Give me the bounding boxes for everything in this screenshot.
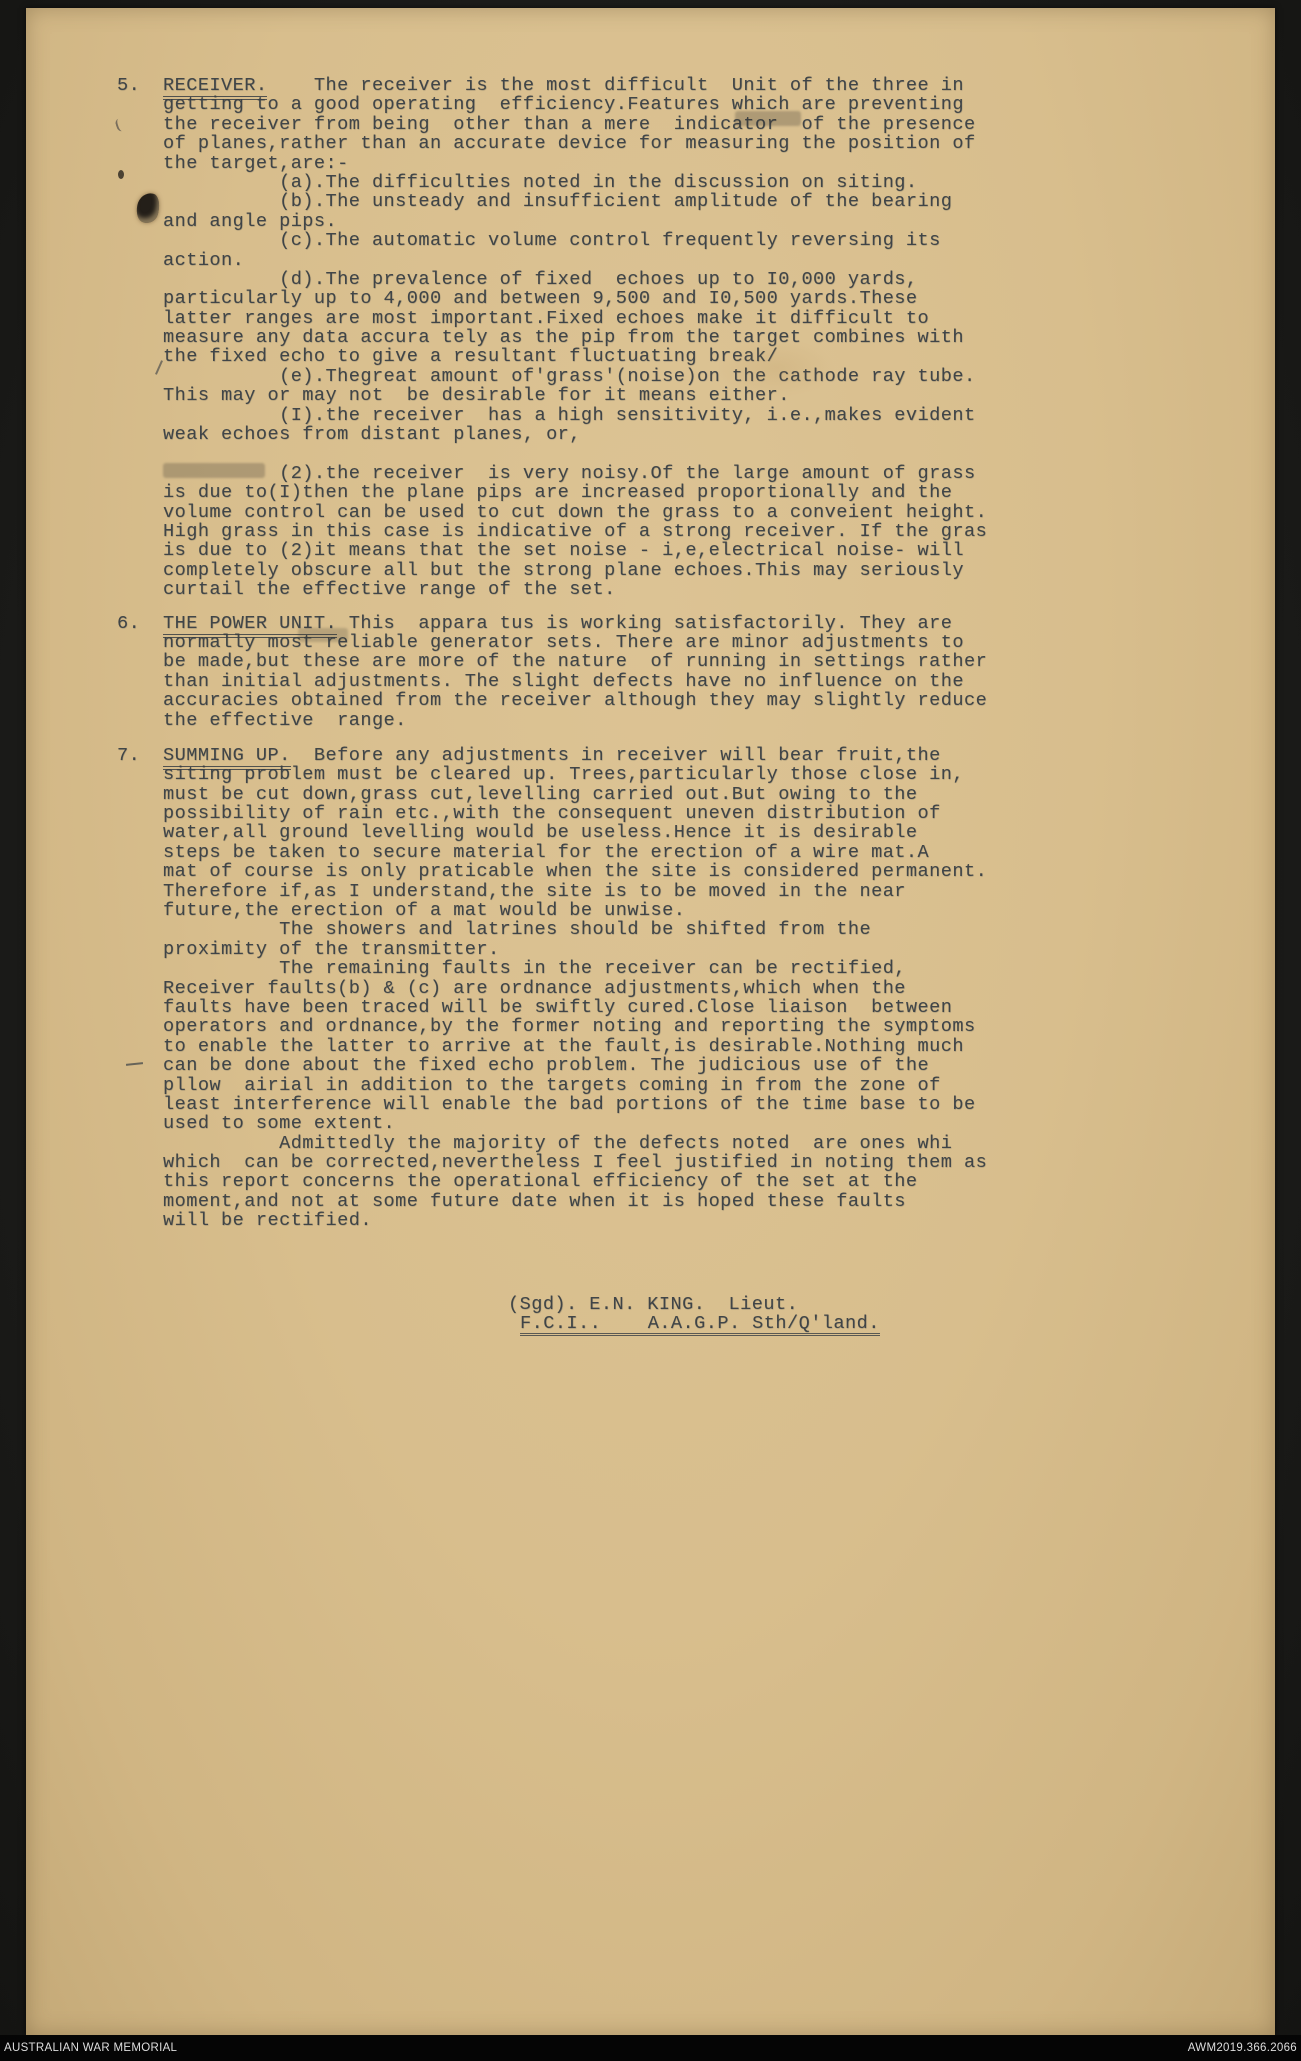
text-line: particularly up to 4,000 and between 9,5… [163, 289, 1023, 308]
pencil-mark [114, 117, 128, 133]
footer-institution-label: AUSTRALIAN WAR MEMORIAL [4, 2042, 177, 2054]
section-body: getting to a good operating efficiency.F… [163, 95, 1023, 599]
text-line: future,the erection of a mat would be un… [163, 901, 1023, 920]
text-line: this report concerns the operational eff… [163, 1172, 1023, 1191]
text-line: used to some extent. [163, 1114, 1023, 1133]
text-line: than initial adjustments. The slight def… [163, 672, 1023, 691]
text-line: pllow airial in addition to the targets … [163, 1076, 1023, 1095]
text-line: High grass in this case is indicative of… [163, 522, 1023, 541]
text-line: mat of course is only praticable when th… [163, 862, 1023, 881]
text-line: and angle pips. [163, 212, 1023, 231]
text-line: water,all ground levelling would be usel… [163, 823, 1023, 842]
section-number: 5. [117, 76, 140, 95]
section-first-line: 7.SUMMING UP. Before any adjustments in … [163, 746, 1023, 765]
text-line: volume control can be used to cut down t… [163, 503, 1023, 522]
paper-tear-hole [134, 191, 162, 225]
stray-slash-mark [155, 360, 163, 375]
text-line [163, 444, 1023, 463]
text-line: action. [163, 251, 1023, 270]
signature-block: (Sgd). E.N. KING. Lieut. F.C.I.. A.A.G.P… [163, 1295, 1023, 1334]
section-body: normally most reliable generator sets. T… [163, 633, 1023, 730]
section-first-line-text: Before any adjustments in receiver will … [291, 745, 941, 766]
text-line: steps be taken to secure material for th… [163, 843, 1023, 862]
text-line: (I).the receiver has a high sensitivity,… [163, 406, 1023, 425]
text-line: curtail the effective range of the set. [163, 580, 1023, 599]
text-line: be made,but these are more of the nature… [163, 652, 1023, 671]
text-line: (b).The unsteady and insufficient amplit… [163, 192, 1023, 211]
text-line: can be done about the fixed echo problem… [163, 1056, 1023, 1075]
text-line: proximity of the transmitter. [163, 940, 1023, 959]
text-line: (c).The automatic volume control frequen… [163, 231, 1023, 250]
text-line: is due to (2)it means that the set noise… [163, 541, 1023, 560]
text-line: of planes,rather than an accurate device… [163, 134, 1023, 153]
page-content: 5.RECEIVER. The receiver is the most dif… [163, 76, 1023, 1333]
text-line: latter ranges are most important.Fixed e… [163, 309, 1023, 328]
section-first-line-text: The receiver is the most difficult Unit … [267, 75, 963, 96]
footer-accession-number: AWM2019.366.2066 [1188, 2042, 1297, 2054]
text-line: which can be corrected,nevertheless I fe… [163, 1153, 1023, 1172]
text-line: moment,and not at some future date when … [163, 1192, 1023, 1211]
text-line: The remaining faults in the receiver can… [163, 959, 1023, 978]
text-line: normally most reliable generator sets. T… [163, 633, 1023, 652]
archive-footer-bar: AUSTRALIAN WAR MEMORIAL AWM2019.366.2066 [0, 2035, 1301, 2061]
section-number: 7. [117, 746, 140, 765]
section-power-unit: 6.THE POWER UNIT. This appara tus is wor… [163, 614, 1023, 730]
text-line: Therefore if,as I understand,the site is… [163, 882, 1023, 901]
section-summing-up: 7.SUMMING UP. Before any adjustments in … [163, 746, 1023, 1231]
text-line: the target,are:- [163, 154, 1023, 173]
text-line: Receiver faults(b) & (c) are ordnance ad… [163, 979, 1023, 998]
signature-line-1: (Sgd). E.N. KING. Lieut. [508, 1295, 1023, 1314]
text-line: (e).Thegreat amount of'grass'(noise)on t… [163, 367, 1023, 386]
text-line: (a).The difficulties noted in the discus… [163, 173, 1023, 192]
text-line: the receiver from being other than a mer… [163, 115, 1023, 134]
text-line: least interference will enable the bad p… [163, 1095, 1023, 1114]
text-line: measure any data accura tely as the pip … [163, 328, 1023, 347]
text-line: Admittedly the majority of the defects n… [163, 1134, 1023, 1153]
text-line: (d).The prevalence of fixed echoes up to… [163, 270, 1023, 289]
text-line: This may or may not be desirable for it … [163, 386, 1023, 405]
section-number: 6. [117, 614, 140, 633]
signature-line-2: F.C.I.. A.A.G.P. Sth/Q'land. [520, 1314, 880, 1336]
text-line: operators and ordnance,by the former not… [163, 1017, 1023, 1036]
text-line: the effective range. [163, 711, 1023, 730]
text-line: accuracies obtained from the receiver al… [163, 691, 1023, 710]
text-line: (2).the receiver is very noisy.Of the la… [163, 464, 1023, 483]
section-body: siting problem must be cleared up. Trees… [163, 765, 1023, 1230]
text-line: must be cut down,grass cut,levelling car… [163, 785, 1023, 804]
margin-dash-mark [126, 1062, 143, 1066]
text-line: the fixed echo to give a resultant fluct… [163, 347, 1023, 366]
text-line: completely obscure all but the strong pl… [163, 561, 1023, 580]
text-line: faults have been traced will be swiftly … [163, 998, 1023, 1017]
section-first-line: 5.RECEIVER. The receiver is the most dif… [163, 76, 1023, 95]
section-first-line-text: This appara tus is working satisfactoril… [337, 613, 952, 634]
text-line: The showers and latrines should be shift… [163, 920, 1023, 939]
text-line: possibility of rain etc.,with the conseq… [163, 804, 1023, 823]
text-line: to enable the latter to arrive at the fa… [163, 1037, 1023, 1056]
document-page: 5.RECEIVER. The receiver is the most dif… [26, 8, 1275, 2035]
text-line: getting to a good operating efficiency.F… [163, 95, 1023, 114]
paper-speck [118, 170, 124, 179]
text-line: weak echoes from distant planes, or, [163, 425, 1023, 444]
text-line: siting problem must be cleared up. Trees… [163, 765, 1023, 784]
text-line: will be rectified. [163, 1211, 1023, 1230]
section-first-line: 6.THE POWER UNIT. This appara tus is wor… [163, 614, 1023, 633]
section-receiver: 5.RECEIVER. The receiver is the most dif… [163, 76, 1023, 600]
text-line: is due to(I)then the plane pips are incr… [163, 483, 1023, 502]
